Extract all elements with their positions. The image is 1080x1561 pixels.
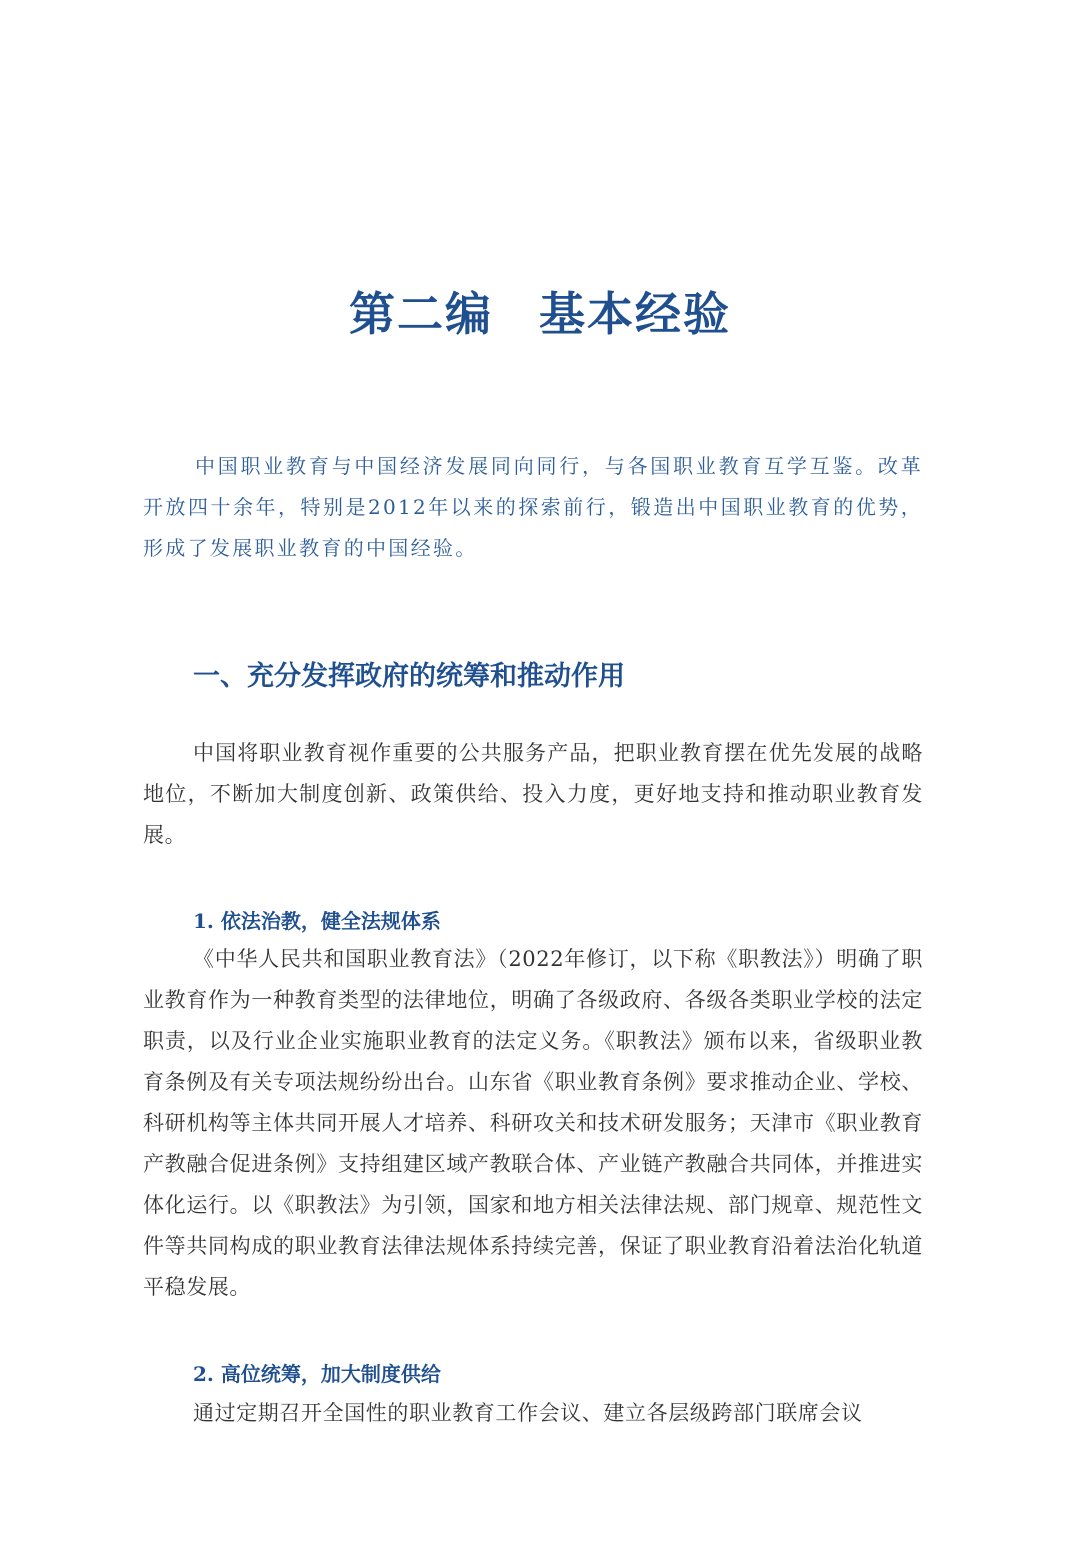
- part-number: 第二编: [349, 287, 493, 341]
- part-title: 第二编基本经验: [0, 278, 1080, 344]
- section-paragraph: 中国将职业教育视作重要的公共服务产品，把职业教育摆在优先发展的战略地位，不断加大…: [143, 733, 923, 856]
- subsection-paragraph-1: 《中华人民共和国职业教育法》（2022年修订，以下称《职教法》）明确了职业教育作…: [143, 939, 923, 1308]
- section-heading: 一、充分发挥政府的统筹和推动作用: [193, 654, 625, 693]
- subsection-paragraph-2: 通过定期召开全国性的职业教育工作会议、建立各层级跨部门联席会议: [143, 1393, 923, 1434]
- subsection-heading-2: 2. 高位统筹，加大制度供给: [193, 1358, 441, 1387]
- part-name: 基本经验: [539, 287, 731, 341]
- document-page: 第二编基本经验 中国职业教育与中国经济发展同向同行，与各国职业教育互学互鉴。改革…: [0, 0, 1080, 1561]
- subsection-heading-1: 1. 依法治教，健全法规体系: [193, 905, 441, 934]
- intro-paragraph: 中国职业教育与中国经济发展同向同行，与各国职业教育互学互鉴。改革开放四十余年，特…: [143, 446, 923, 569]
